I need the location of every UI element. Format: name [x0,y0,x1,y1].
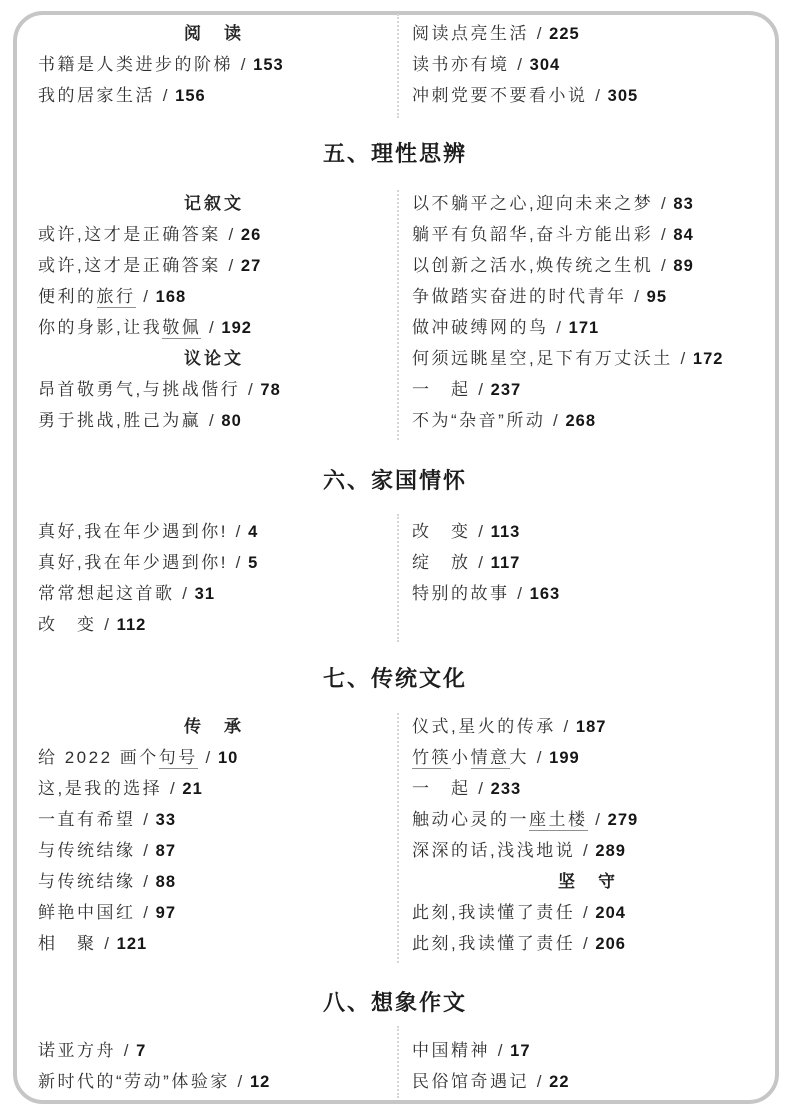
toc-entry: 阅读点亮生活 / 225 [412,18,764,49]
entry-page-number: 237 [491,381,522,399]
entry-title: 书籍是人类进步的阶梯 [38,55,233,74]
entry-title: 争做踏实奋进的时代青年 [412,287,627,306]
entry-title: 竹筷小情意大 [412,748,529,769]
entry-separator: / [471,380,491,399]
toc-entry: 深深的话,浅浅地说 / 289 [412,835,764,866]
entry-separator: / [653,256,673,275]
toc-entry: 一直有希望 / 33 [38,804,390,835]
entry-separator: / [556,717,576,736]
toc-entry: 或许,这才是正确答案 / 27 [38,250,390,281]
entry-separator: / [575,841,595,860]
left-column: 诺亚方舟 / 7新时代的“劳动”体验家 / 12 [38,1035,390,1097]
entry-title: 以创新之活水,焕传统之生机 [412,256,653,275]
entry-page-number: 163 [530,585,561,603]
entry-separator: / [240,380,260,399]
entry-title: 民俗馆奇遇记 [412,1072,529,1091]
entry-page-number: 233 [491,780,522,798]
column-subheading: 议论文 [38,343,390,374]
entry-title: 以不躺平之心,迎向未来之梦 [412,194,653,213]
entry-title: 触动心灵的一座土楼 [412,810,588,831]
entry-page-number: 199 [549,749,580,767]
entry-separator: / [510,55,530,74]
toc-entry: 真好,我在年少遇到你! / 5 [38,547,390,578]
entry-title: 阅读点亮生活 [412,24,529,43]
entry-title: 仪式,星火的传承 [412,717,556,736]
entry-separator: / [201,411,221,430]
entry-separator: / [549,318,569,337]
section-heading-homeland-feelings: 六、家国情怀 [0,466,790,496]
toc-entry: 我的居家生活 / 156 [38,80,390,111]
entry-page-number: 95 [647,288,667,306]
entry-page-number: 172 [693,350,724,368]
entry-page-number: 12 [250,1073,270,1091]
section-heading-imaginative-writing: 八、想象作文 [0,988,790,1018]
toc-entry: 改 变 / 112 [38,609,390,640]
entry-title: 给 2022 画个句号 [38,748,198,769]
toc-entry: 此刻,我读懂了责任 / 206 [412,928,764,959]
entry-separator: / [588,86,608,105]
right-column: 中国精神 / 17民俗馆奇遇记 / 22 [412,1035,764,1097]
entry-title: 冲刺党要不要看小说 [412,86,588,105]
entry-page-number: 26 [241,226,261,244]
entry-page-number: 22 [549,1073,569,1091]
entry-page-number: 113 [491,523,521,541]
entry-page-number: 78 [260,381,280,399]
entry-title: 读书亦有境 [412,55,510,74]
toc-entry: 与传统结缘 / 88 [38,866,390,897]
entry-separator: / [136,903,156,922]
entry-separator: / [575,903,595,922]
left-column: 阅 读书籍是人类进步的阶梯 / 153我的居家生活 / 156 [38,18,390,111]
entry-title: 何须远眺星空,足下有万丈沃土 [412,349,673,368]
entry-page-number: 268 [566,412,597,430]
column-divider [397,1026,399,1098]
entry-separator: / [529,748,549,767]
entry-separator: / [198,748,218,767]
entry-title: 你的身影,让我敬佩 [38,318,201,339]
entry-page-number: 17 [510,1042,530,1060]
entry-title: 一 起 [412,779,471,798]
entry-title: 特别的故事 [412,584,510,603]
toc-entry: 改 变 / 113 [412,516,764,547]
entry-page-number: 289 [595,842,626,860]
entry-page-number: 84 [673,226,693,244]
toc-entry: 争做踏实奋进的时代青年 / 95 [412,281,764,312]
column-divider [397,713,399,963]
entry-separator: / [529,24,549,43]
entry-page-number: 27 [241,257,261,275]
entry-page-number: 83 [673,195,693,213]
entry-separator: / [490,1041,510,1060]
entry-title: 相 聚 [38,934,97,953]
entry-title: 昂首敬勇气,与挑战偕行 [38,380,240,399]
entry-page-number: 156 [175,87,206,105]
entry-page-number: 279 [608,811,639,829]
toc-entry: 勇于挑战,胜己为赢 / 80 [38,405,390,436]
toc-entry: 与传统结缘 / 87 [38,835,390,866]
entry-title: 或许,这才是正确答案 [38,225,221,244]
entry-separator: / [175,584,195,603]
toc-entry: 一 起 / 233 [412,773,764,804]
toc-entry: 新时代的“劳动”体验家 / 12 [38,1066,390,1097]
entry-separator: / [136,287,156,306]
entry-page-number: 5 [248,554,258,572]
entry-page-number: 87 [156,842,176,860]
column-subheading: 记叙文 [38,188,390,219]
toc-entry: 书籍是人类进步的阶梯 / 153 [38,49,390,80]
toc-entry: 读书亦有境 / 304 [412,49,764,80]
toc-entry: 以不躺平之心,迎向未来之梦 / 83 [412,188,764,219]
toc-entry: 或许,这才是正确答案 / 26 [38,219,390,250]
entry-separator: / [116,1041,136,1060]
toc-entry: 中国精神 / 17 [412,1035,764,1066]
toc-entry: 仪式,星火的传承 / 187 [412,711,764,742]
entry-page-number: 97 [156,904,176,922]
toc-entry: 竹筷小情意大 / 199 [412,742,764,773]
entry-page-number: 168 [156,288,187,306]
toc-entry: 鲜艳中国红 / 97 [38,897,390,928]
entry-separator: / [510,584,530,603]
entry-page-number: 88 [156,873,176,891]
entry-separator: / [653,194,673,213]
entry-page-number: 153 [253,56,284,74]
entry-page-number: 121 [117,935,148,953]
toc-entry: 何须远眺星空,足下有万丈沃土 / 172 [412,343,764,374]
right-column: 仪式,星火的传承 / 187竹筷小情意大 / 199一 起 / 233触动心灵的… [412,711,764,959]
entry-page-number: 21 [182,780,202,798]
entry-title: 这,是我的选择 [38,779,162,798]
entry-separator: / [588,810,608,829]
toc-entry: 你的身影,让我敬佩 / 192 [38,312,390,343]
left-column: 记叙文或许,这才是正确答案 / 26或许,这才是正确答案 / 27便利的旅行 /… [38,188,390,436]
entry-page-number: 204 [595,904,626,922]
entry-page-number: 112 [117,616,147,634]
entry-title: 鲜艳中国红 [38,903,136,922]
entry-separator: / [627,287,647,306]
column-subheading: 传 承 [38,711,390,742]
section-heading-traditional-culture: 七、传统文化 [0,664,790,694]
entry-title: 改 变 [412,522,471,541]
toc-entry: 特别的故事 / 163 [412,578,764,609]
toc-entry: 这,是我的选择 / 21 [38,773,390,804]
right-column: 阅读点亮生活 / 225读书亦有境 / 304冲刺党要不要看小说 / 305 [412,18,764,111]
entry-separator: / [228,522,248,541]
toc-entry: 昂首敬勇气,与挑战偕行 / 78 [38,374,390,405]
toc-entry: 民俗馆奇遇记 / 22 [412,1066,764,1097]
entry-title: 不为“杂音”所动 [412,411,545,430]
entry-page-number: 10 [218,749,238,767]
entry-title: 躺平有负韶华,奋斗方能出彩 [412,225,653,244]
entry-separator: / [228,553,248,572]
entry-page-number: 305 [608,87,639,105]
toc-entry: 以创新之活水,焕传统之生机 / 89 [412,250,764,281]
entry-separator: / [201,318,221,337]
toc-entry: 给 2022 画个句号 / 10 [38,742,390,773]
entry-separator: / [136,841,156,860]
entry-title: 绽 放 [412,553,471,572]
left-column: 传 承给 2022 画个句号 / 10这,是我的选择 / 21一直有希望 / 3… [38,711,390,959]
entry-separator: / [136,810,156,829]
toc-entry: 触动心灵的一座土楼 / 279 [412,804,764,835]
entry-title: 真好,我在年少遇到你! [38,553,228,572]
toc-entry: 做冲破缚网的鸟 / 171 [412,312,764,343]
entry-page-number: 117 [491,554,521,572]
column-divider [397,514,399,642]
entry-title: 新时代的“劳动”体验家 [38,1072,230,1091]
toc-entry: 此刻,我读懂了责任 / 204 [412,897,764,928]
entry-title: 我的居家生活 [38,86,155,105]
entry-separator: / [471,553,491,572]
toc-entry: 真好,我在年少遇到你! / 4 [38,516,390,547]
entry-separator: / [230,1072,250,1091]
entry-title: 一 起 [412,380,471,399]
entry-title: 诺亚方舟 [38,1041,116,1060]
left-column: 真好,我在年少遇到你! / 4真好,我在年少遇到你! / 5常常想起这首歌 / … [38,516,390,640]
entry-page-number: 304 [530,56,561,74]
entry-separator: / [673,349,693,368]
entry-title: 真好,我在年少遇到你! [38,522,228,541]
entry-separator: / [162,779,182,798]
entry-title: 一直有希望 [38,810,136,829]
entry-page-number: 225 [549,25,580,43]
entry-separator: / [653,225,673,244]
toc-entry: 诺亚方舟 / 7 [38,1035,390,1066]
entry-page-number: 80 [221,412,241,430]
section-heading-rational-thinking: 五、理性思辨 [0,139,790,169]
entry-separator: / [221,256,241,275]
entry-title: 此刻,我读懂了责任 [412,903,575,922]
column-subheading: 阅 读 [38,18,390,49]
entry-separator: / [97,615,117,634]
entry-separator: / [471,522,491,541]
toc-entry: 躺平有负韶华,奋斗方能出彩 / 84 [412,219,764,250]
entry-page-number: 4 [248,523,258,541]
entry-page-number: 7 [136,1042,146,1060]
toc-entry: 绽 放 / 117 [412,547,764,578]
entry-separator: / [233,55,253,74]
right-column: 以不躺平之心,迎向未来之梦 / 83躺平有负韶华,奋斗方能出彩 / 84以创新之… [412,188,764,436]
column-divider [397,190,399,440]
toc-entry: 冲刺党要不要看小说 / 305 [412,80,764,111]
entry-title: 中国精神 [412,1041,490,1060]
entry-page-number: 33 [156,811,176,829]
entry-page-number: 89 [673,257,693,275]
entry-separator: / [545,411,565,430]
entry-title: 此刻,我读懂了责任 [412,934,575,953]
entry-page-number: 187 [576,718,607,736]
entry-title: 与传统结缘 [38,872,136,891]
entry-separator: / [529,1072,549,1091]
entry-separator: / [136,872,156,891]
entry-title: 做冲破缚网的鸟 [412,318,549,337]
entry-title: 或许,这才是正确答案 [38,256,221,275]
entry-page-number: 192 [221,319,252,337]
entry-page-number: 206 [595,935,626,953]
toc-entry: 不为“杂音”所动 / 268 [412,405,764,436]
toc-page: 阅 读书籍是人类进步的阶梯 / 153我的居家生活 / 156 阅读点亮生活 /… [0,0,790,1113]
toc-entry: 常常想起这首歌 / 31 [38,578,390,609]
entry-title: 便利的旅行 [38,287,136,308]
entry-title: 勇于挑战,胜己为赢 [38,411,201,430]
entry-title: 常常想起这首歌 [38,584,175,603]
toc-entry: 一 起 / 237 [412,374,764,405]
column-divider [397,14,399,118]
entry-title: 与传统结缘 [38,841,136,860]
entry-separator: / [155,86,175,105]
entry-title: 深深的话,浅浅地说 [412,841,575,860]
entry-separator: / [471,779,491,798]
toc-entry: 便利的旅行 / 168 [38,281,390,312]
right-column: 改 变 / 113绽 放 / 117特别的故事 / 163 [412,516,764,609]
entry-separator: / [575,934,595,953]
entry-separator: / [97,934,117,953]
entry-separator: / [221,225,241,244]
entry-page-number: 171 [569,319,600,337]
entry-title: 改 变 [38,615,97,634]
entry-page-number: 31 [195,585,215,603]
toc-entry: 相 聚 / 121 [38,928,390,959]
column-subheading: 坚 守 [412,866,764,897]
